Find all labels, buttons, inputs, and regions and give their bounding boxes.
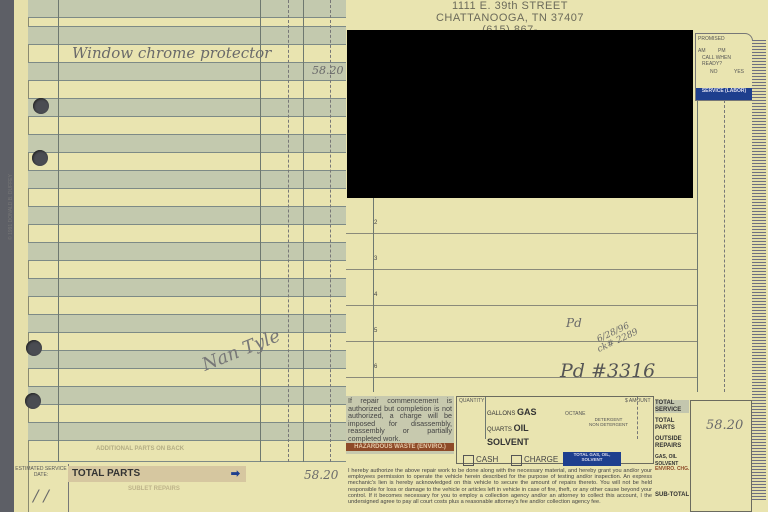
total-gas-oil-solvent-header: TOTAL GAS, OIL, SOLVENT [563, 452, 621, 466]
enviro-charge-label: ENVIRO. CHG. [655, 466, 689, 473]
solvent-label: SOLVENT [487, 437, 529, 447]
line-number: 5 [374, 328, 377, 334]
line-number: 2 [374, 220, 377, 226]
sublet-label: SUBLET REPAIRS [128, 486, 180, 492]
form-left-margin [14, 0, 29, 512]
total-parts-band: TOTAL PARTS ➡ [68, 466, 246, 482]
estimated-service-date: ESTIMATED SERVICE DATE: / / [14, 464, 69, 512]
service-labor-header: SERVICE (LABOR) [696, 88, 752, 100]
additional-parts-label: ADDITIONAL PARTS ON BACK [96, 446, 184, 452]
line-number: 6 [374, 364, 377, 370]
gallons-label: GALLONS [487, 411, 515, 417]
binder-hole [33, 98, 49, 114]
cash-checkbox[interactable] [463, 455, 474, 466]
total-parts-amount: 58.20 [706, 418, 743, 433]
gas-oil-section: QUANTITY $ AMOUNT GALLONS GAS OCTANE QUA… [456, 396, 654, 464]
line-number: 3 [374, 256, 377, 262]
totals-amount-column [690, 400, 752, 512]
authorization-statement: I hereby authorize the above repair work… [346, 466, 654, 512]
redaction-block [347, 30, 693, 198]
total-parts-label: TOTAL PARTS [655, 418, 691, 431]
estimated-date-value: / / [14, 486, 68, 505]
promised-box: PROMISED AM PM CALL WHEN READY? NO YES S… [695, 33, 753, 101]
circled-note: Pd [566, 316, 582, 330]
pm-label: PM [718, 48, 726, 54]
vertical-fine-print [752, 40, 766, 500]
oil-label: OIL [514, 423, 529, 433]
line-number: 4 [374, 292, 377, 298]
call-when-ready-label: CALL WHEN READY? [702, 55, 752, 67]
non-detergent-label: NON DETERGENT [589, 422, 628, 427]
sub-total-label: SUB-TOTAL [655, 492, 689, 499]
total-parts-band-value: 58.20 [304, 468, 338, 482]
outside-repairs-label: OUTSIDE REPAIRS [655, 436, 691, 449]
promised-label: PROMISED [698, 36, 725, 42]
cash-label: CASH [476, 455, 498, 464]
binder-hole [26, 340, 42, 356]
quarts-label: QUARTS [487, 427, 512, 433]
binder-hole [32, 150, 48, 166]
estimated-date-label: ESTIMATED SERVICE DATE: [14, 464, 68, 478]
octane-label: OCTANE [565, 411, 585, 417]
yes-label: YES [734, 69, 744, 75]
quantity-label: QUANTITY [459, 398, 484, 404]
address-line-2: CHATTANOOGA, TN 37407 [400, 12, 620, 24]
charge-label: CHARGE [524, 455, 558, 464]
binder-hole [25, 393, 41, 409]
hazardous-waste-band: HAZARDOUS WASTE (ENVIRO.) [346, 443, 454, 451]
no-label: NO [710, 69, 718, 75]
total-service-label: TOTAL SERVICE [655, 400, 689, 413]
gas-label: GAS [517, 407, 537, 417]
part-description: Window chrome protector [72, 44, 271, 62]
copyright-text: © 1991 DONALD B. DUFFEY [8, 174, 14, 240]
charge-checkbox[interactable] [511, 455, 522, 466]
arrow-right-icon: ➡ [231, 466, 240, 482]
total-parts-band-label: TOTAL PARTS [72, 468, 140, 479]
parts-ledger [28, 0, 346, 462]
address-line-1: 1111 E. 39th STREET [400, 0, 620, 12]
part-amount: 58.20 [312, 64, 344, 77]
paid-note: Pd #3316 [560, 360, 655, 382]
am-label: AM [698, 48, 706, 54]
